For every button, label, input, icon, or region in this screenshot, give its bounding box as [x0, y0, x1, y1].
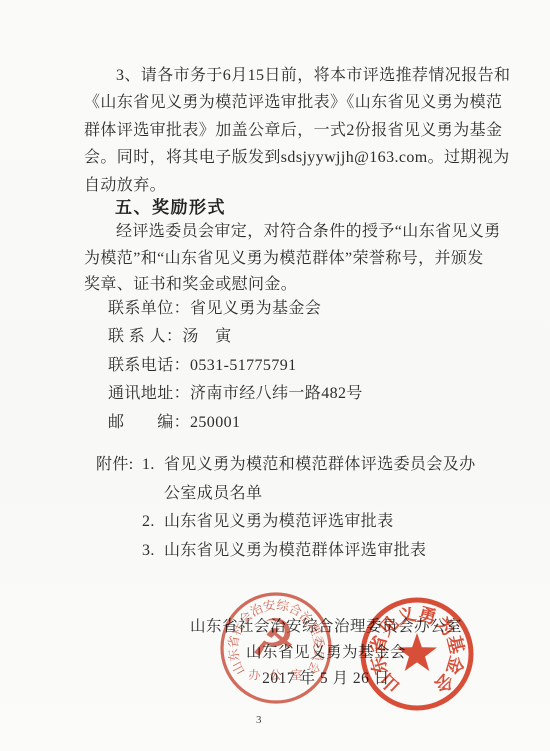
signature-block: 山东省社会治安综合治理委员会办公室 山东省见义勇为基金会 2017 年 5 月 …: [150, 614, 502, 693]
paragraph-line: 为模范”和“山东省见义勇为模范群体”荣誉称号，并颁发: [84, 246, 484, 273]
contact-phone-line: 联系电话：0531-51775791: [108, 352, 363, 380]
signature-date: 2017 年 5 月 26 日: [150, 666, 502, 692]
attachment-number: 2.: [142, 508, 155, 537]
paragraph-line: 会。同时，将其电子版发到sdsjyywjjh@163.com。过期视为: [84, 144, 484, 171]
attachment-text-line: 省见义勇为模范和模范群体评选委员会及办: [164, 451, 478, 480]
signature-org-1: 山东省社会治安综合治理委员会办公室: [150, 614, 502, 640]
svg-text:综: 综: [275, 597, 290, 614]
signature-org-2: 山东省见义勇为基金会: [150, 640, 502, 666]
attachment-number: 1.: [142, 451, 155, 480]
attachment-text-line: 山东省见义勇为模范评选审批表: [164, 508, 478, 537]
attachment-text-line: 公室成员名单: [164, 480, 478, 509]
contact-address-line: 通讯地址：济南市经八纬一路482号: [108, 380, 363, 408]
attachment-number: 3.: [142, 537, 155, 566]
paragraph-line: 群体评选审批表》加盖公章后，一式2份报省见义勇为基金: [84, 117, 484, 144]
attachment-item-3: 3. 山东省见义勇为模范群体评选审批表: [142, 537, 478, 566]
paragraph-line: 经评选委员会审定，对符合条件的授予“山东省见义勇: [84, 219, 484, 246]
contact-unit-line: 联系单位：省见义勇为基金会: [108, 295, 363, 323]
contact-person-line: 联 系 人：汤 寅: [108, 323, 363, 351]
paragraph-award-description: 经评选委员会审定，对符合条件的授予“山东省见义勇 为模范”和“山东省见义勇为模范…: [84, 219, 484, 299]
svg-text:安: 安: [262, 597, 277, 614]
attachment-item-2: 2. 山东省见义勇为模范评选审批表: [142, 508, 478, 537]
contact-postcode-line: 邮 编：250001: [108, 409, 363, 437]
scanned-document-page: 3、请各市务于6月15日前，将本市评选推荐情况报告和 《山东省见义勇为模范评选审…: [0, 0, 550, 751]
page-number: 3: [256, 714, 262, 726]
attachments-label: 附件:: [96, 451, 134, 480]
attachment-text-line: 山东省见义勇为模范群体评选审批表: [164, 537, 478, 566]
paragraph-line: 《山东省见义勇为模范评选审批表》《山东省见义勇为模范: [84, 89, 484, 116]
paragraph-line: 3、请各市务于6月15日前，将本市评选推荐情况报告和: [84, 62, 484, 89]
attachment-item-1: 1. 省见义勇为模范和模范群体评选委员会及办 公室成员名单: [142, 451, 478, 508]
contact-info-block: 联系单位：省见义勇为基金会 联 系 人：汤 寅 联系电话：0531-517757…: [108, 295, 363, 437]
attachments-block: 附件: 1. 省见义勇为模范和模范群体评选委员会及办 公室成员名单 2. 山东省…: [96, 451, 478, 565]
attachments-list: 1. 省见义勇为模范和模范群体评选委员会及办 公室成员名单 2. 山东省见义勇为…: [142, 451, 478, 565]
section-heading-awards: 五、奖励形式: [115, 193, 226, 218]
paragraph-submission-notice: 3、请各市务于6月15日前，将本市评选推荐情况报告和 《山东省见义勇为模范评选审…: [84, 62, 484, 199]
